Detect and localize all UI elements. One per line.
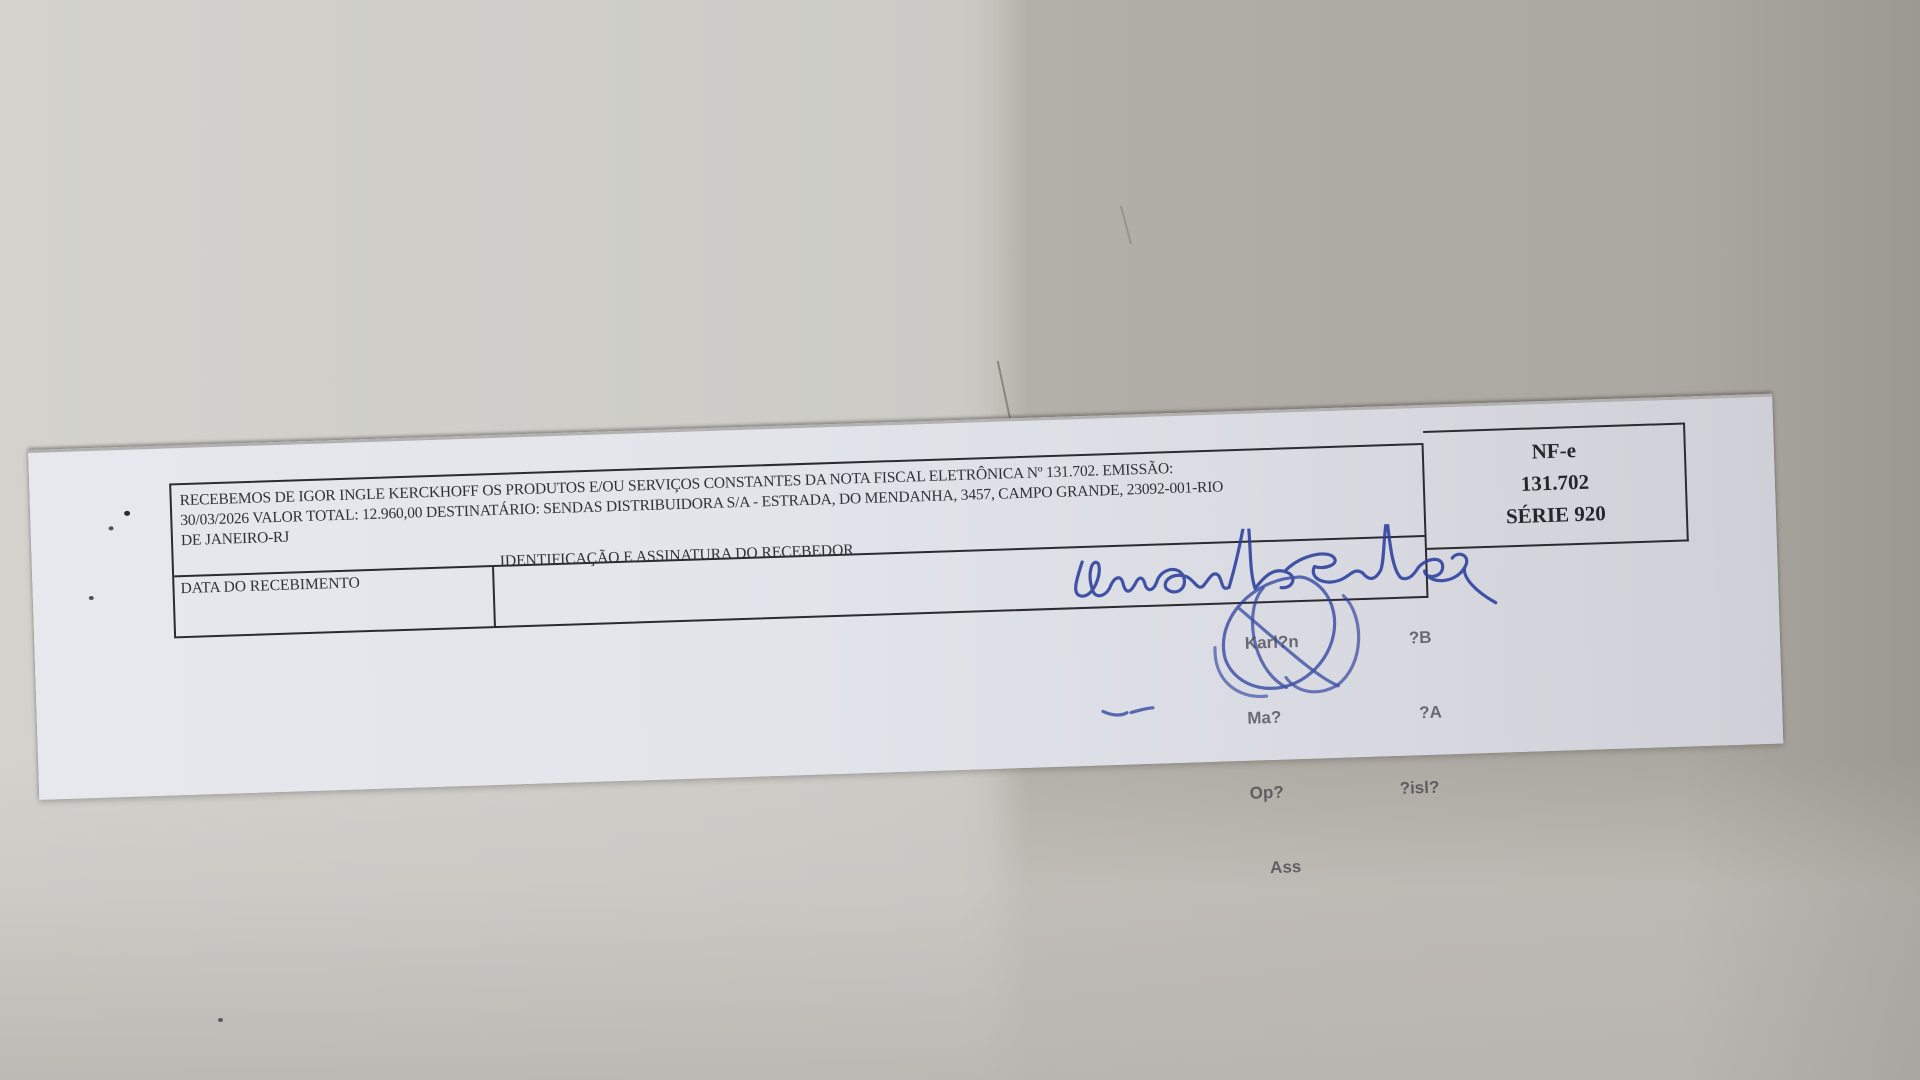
paper-speck [89, 596, 94, 600]
receipt-paper: RECEBEMOS DE IGOR INGLE KERCKHOFF OS PRO… [28, 394, 1783, 800]
background-shadow [0, 760, 1920, 1080]
receipt-declaration-block: RECEBEMOS DE IGOR INGLE KERCKHOFF OS PRO… [169, 443, 1428, 638]
paper-speck [109, 526, 114, 530]
receipt-date-field: DATA DO RECEBIMENTO [174, 567, 496, 638]
surface-speck [218, 1018, 223, 1022]
paper-speck [124, 511, 130, 516]
nfe-number-box: NF-e 131.702 SÉRIE 920 [1423, 422, 1689, 549]
nfe-receipt-form: RECEBEMOS DE IGOR INGLE KERCKHOFF OS PRO… [169, 434, 1693, 638]
